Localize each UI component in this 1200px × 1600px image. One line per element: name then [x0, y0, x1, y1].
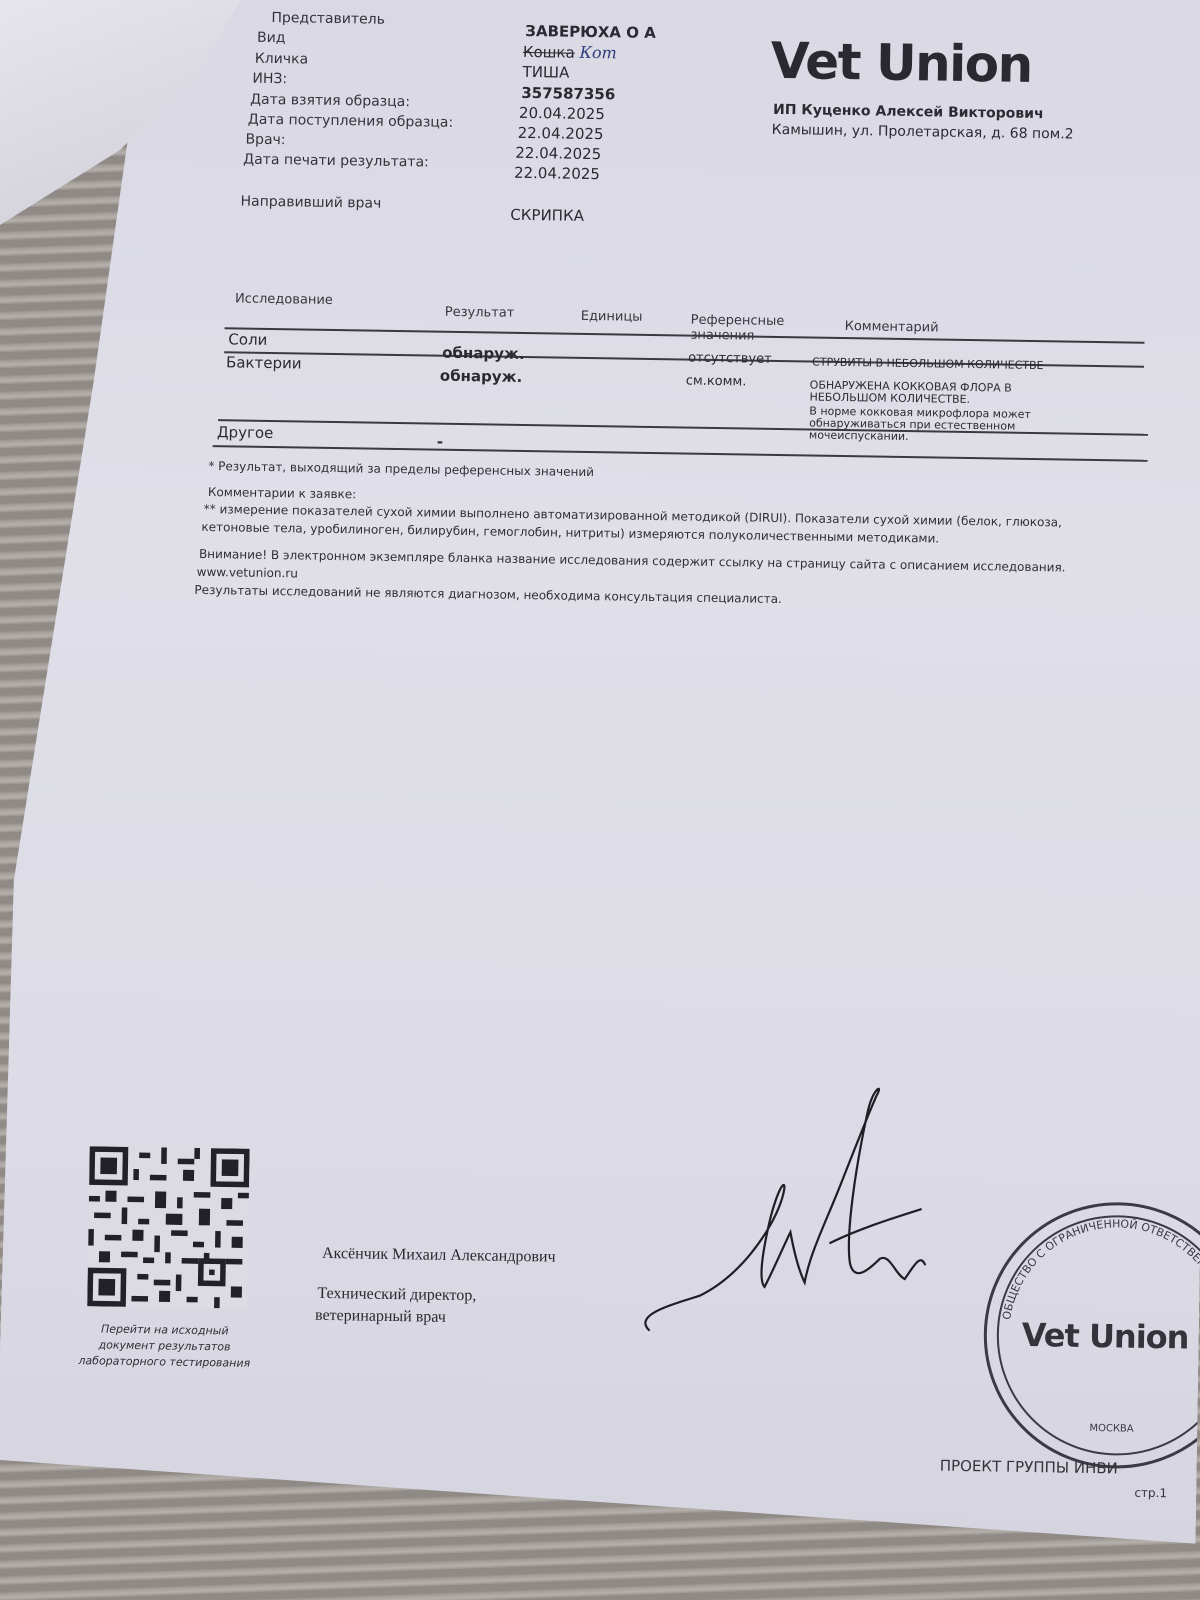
row3-test: Другое	[217, 423, 274, 442]
signer-title-2: ветеринарный врач	[315, 1307, 446, 1327]
stamp-city: МОСКВА	[1089, 1423, 1133, 1435]
table-rule-header	[225, 327, 1145, 343]
row2-result: обнаруж.	[440, 367, 523, 386]
label-species: Вид	[257, 30, 286, 46]
stamp-ring-text: ОБЩЕСТВО С ОГРАНИЧЕННОЙ ОТВЕТСТВЕННОСТЬЮ…	[985, 1203, 1200, 1467]
signer-title-1: Технический директор,	[317, 1285, 476, 1305]
label-representative: Представитель	[271, 10, 385, 28]
col-header-comment: Комментарий	[845, 319, 939, 335]
lab-result-sheet: Представитель Вид Кличка ИНЗ: Дата взяти…	[0, 0, 1200, 1544]
vet-union-logo: Vet Union	[770, 32, 1032, 94]
note-disclaimer: Результаты исследований не являются диаг…	[194, 581, 782, 608]
row2-reference: см.комм.	[686, 374, 747, 390]
value-sample-date: 20.04.2025	[519, 104, 605, 123]
website-link[interactable]: www.vetunion.ru	[197, 563, 298, 583]
value-representative: ЗАВЕРЮХА О А	[525, 22, 656, 42]
col-header-reference: Референсные значения	[690, 313, 800, 345]
handwritten-signature	[629, 1080, 963, 1345]
qr-caption: Перейти на исходный документ результатов…	[64, 1321, 265, 1372]
label-nickname: Кличка	[255, 51, 309, 68]
page-number: стр.1	[1134, 1486, 1167, 1501]
value-species-printed: Кошка	[523, 43, 575, 62]
company-address: Камышин, ул. Пролетарская, д. 68 пом.2	[772, 122, 1074, 143]
qr-code[interactable]	[87, 1146, 249, 1308]
row2-comment-extra: В норме кокковая микрофлора может обнару…	[809, 405, 1060, 445]
value-referring-doctor: СКРИПКА	[510, 206, 584, 225]
svg-text:ОБЩЕСТВО С ОГРАНИЧЕННОЙ ОТВЕТС: ОБЩЕСТВО С ОГРАНИЧЕННОЙ ОТВЕТСТВЕННОСТЬЮ…	[999, 1216, 1200, 1404]
row2-comment: ОБНАРУЖЕНА КОККОВАЯ ФЛОРА В НЕБОЛЬШОМ КО…	[809, 379, 1069, 407]
label-sample-date: Дата взятия образца:	[250, 92, 410, 111]
note-out-of-range: * Результат, выходящий за пределы рефере…	[208, 457, 594, 481]
value-inz: 357587356	[521, 84, 615, 103]
label-doctor: Врач:	[245, 132, 285, 149]
value-species: Кошка Кот	[523, 42, 617, 62]
value-nickname: ТИША	[522, 63, 569, 82]
col-header-units: Единицы	[581, 309, 643, 325]
col-header-test: Исследование	[235, 291, 333, 308]
row3-result: -	[437, 433, 444, 451]
row2-test: Бактерии	[226, 353, 302, 372]
label-received-date: Дата поступления образца:	[248, 112, 454, 131]
col-header-result: Результат	[445, 305, 515, 321]
stamp-logo: Vet Union	[1022, 1316, 1189, 1357]
value-doctor: 22.04.2025	[515, 144, 601, 163]
row1-reference: отсутствует	[688, 351, 772, 367]
footer-project: ПРОЕКТ ГРУППЫ ИНВИ	[940, 1457, 1118, 1478]
note-attention-1: Внимание! В электронном экземпляре бланк…	[199, 545, 1066, 577]
value-species-handwritten: Кот	[579, 43, 616, 63]
value-print-date: 22.04.2025	[514, 164, 600, 183]
company-stamp: ОБЩЕСТВО С ОГРАНИЧЕННОЙ ОТВЕТСТВЕННОСТЬЮ…	[982, 1200, 1200, 1470]
value-received-date: 22.04.2025	[518, 124, 604, 143]
label-referring-doctor: Направивший врач	[240, 193, 381, 211]
row1-result: обнаруж.	[442, 344, 525, 363]
label-inz: ИНЗ:	[252, 71, 287, 88]
row1-test: Соли	[228, 330, 267, 349]
company-name: ИП Куценко Алексей Викторович	[773, 102, 1044, 122]
row1-comment: СТРУВИТЫ В НЕБОЛЬШОМ КОЛИЧЕСТВЕ	[812, 356, 1044, 372]
label-print-date: Дата печати результата:	[243, 152, 429, 171]
signer-name: Аксёнчик Михаил Александрович	[322, 1245, 556, 1267]
